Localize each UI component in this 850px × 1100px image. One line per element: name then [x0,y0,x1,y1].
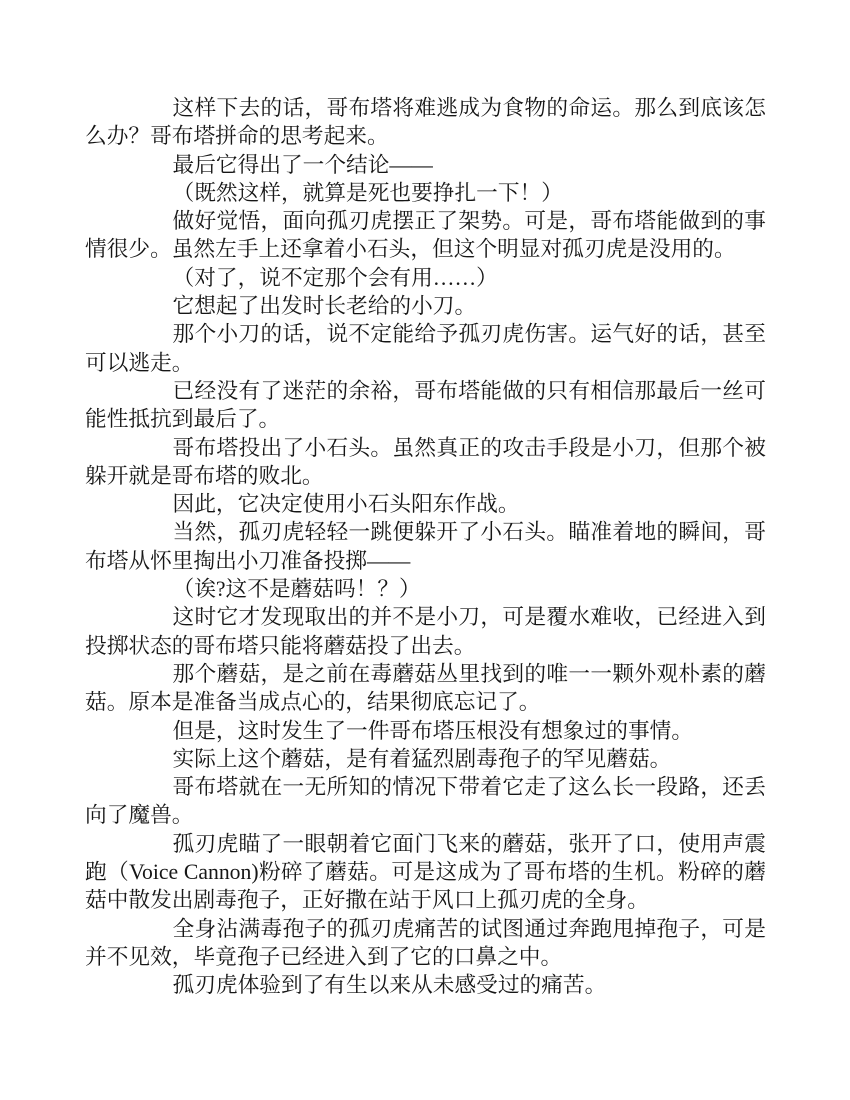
paragraph: （既然这样，就算是死也要挣扎一下！） [85,179,766,207]
paragraph: （对了，说不定那个会有用……） [85,264,766,292]
paragraph: 孤刃虎体验到了有生以来从未感受过的痛苦。 [85,971,766,999]
paragraph: 已经没有了迷茫的余裕，哥布塔能做的只有相信那最后一丝可能性抵抗到最后了。 [85,377,766,434]
paragraph: 因此，它决定使用小石头阳东作战。 [85,490,766,518]
paragraph: 当然，孤刃虎轻轻一跳便躲开了小石头。瞄准着地的瞬间，哥布塔从怀里掏出小刀准备投掷… [85,518,766,575]
paragraph: 但是，这时发生了一件哥布塔压根没有想象过的事情。 [85,717,766,745]
paragraph: 那个蘑菇，是之前在毒蘑菇丛里找到的唯一一颗外观朴素的蘑菇。原本是准备当成点心的，… [85,660,766,717]
paragraph: 这样下去的话，哥布塔将难逃成为食物的命运。那么到底该怎么办？哥布塔拼命的思考起来… [85,94,766,151]
document-page: 这样下去的话，哥布塔将难逃成为食物的命运。那么到底该怎么办？哥布塔拼命的思考起来… [0,0,850,1100]
paragraph: 这时它才发现取出的并不是小刀，可是覆水难收，已经进入到投掷状态的哥布塔只能将蘑菇… [85,603,766,660]
paragraph: 实际上这个蘑菇，是有着猛烈剧毒孢子的罕见蘑菇。 [85,745,766,773]
paragraph: 孤刃虎瞄了一眼朝着它面门飞来的蘑菇，张开了口，使用声震跑（Voice Canno… [85,830,766,915]
paragraph: 那个小刀的话，说不定能给予孤刃虎伤害。运气好的话，甚至可以逃走。 [85,320,766,377]
paragraph: 全身沾满毒孢子的孤刃虎痛苦的试图通过奔跑甩掉孢子，可是并不见效，毕竟孢子已经进入… [85,915,766,972]
paragraph: 做好觉悟，面向孤刃虎摆正了架势。可是，哥布塔能做到的事情很少。虽然左手上还拿着小… [85,207,766,264]
paragraph: 哥布塔投出了小石头。虽然真正的攻击手段是小刀，但那个被躲开就是哥布塔的败北。 [85,434,766,491]
paragraph: 哥布塔就在一无所知的情况下带着它走了这么长一段路，还丢向了魔兽。 [85,773,766,830]
paragraph: 最后它得出了一个结论—— [85,151,766,179]
document-text: 这样下去的话，哥布塔将难逃成为食物的命运。那么到底该怎么办？哥布塔拼命的思考起来… [85,94,766,1000]
paragraph: （诶?这不是蘑菇吗！？） [85,575,766,603]
paragraph: 它想起了出发时长老给的小刀。 [85,292,766,320]
